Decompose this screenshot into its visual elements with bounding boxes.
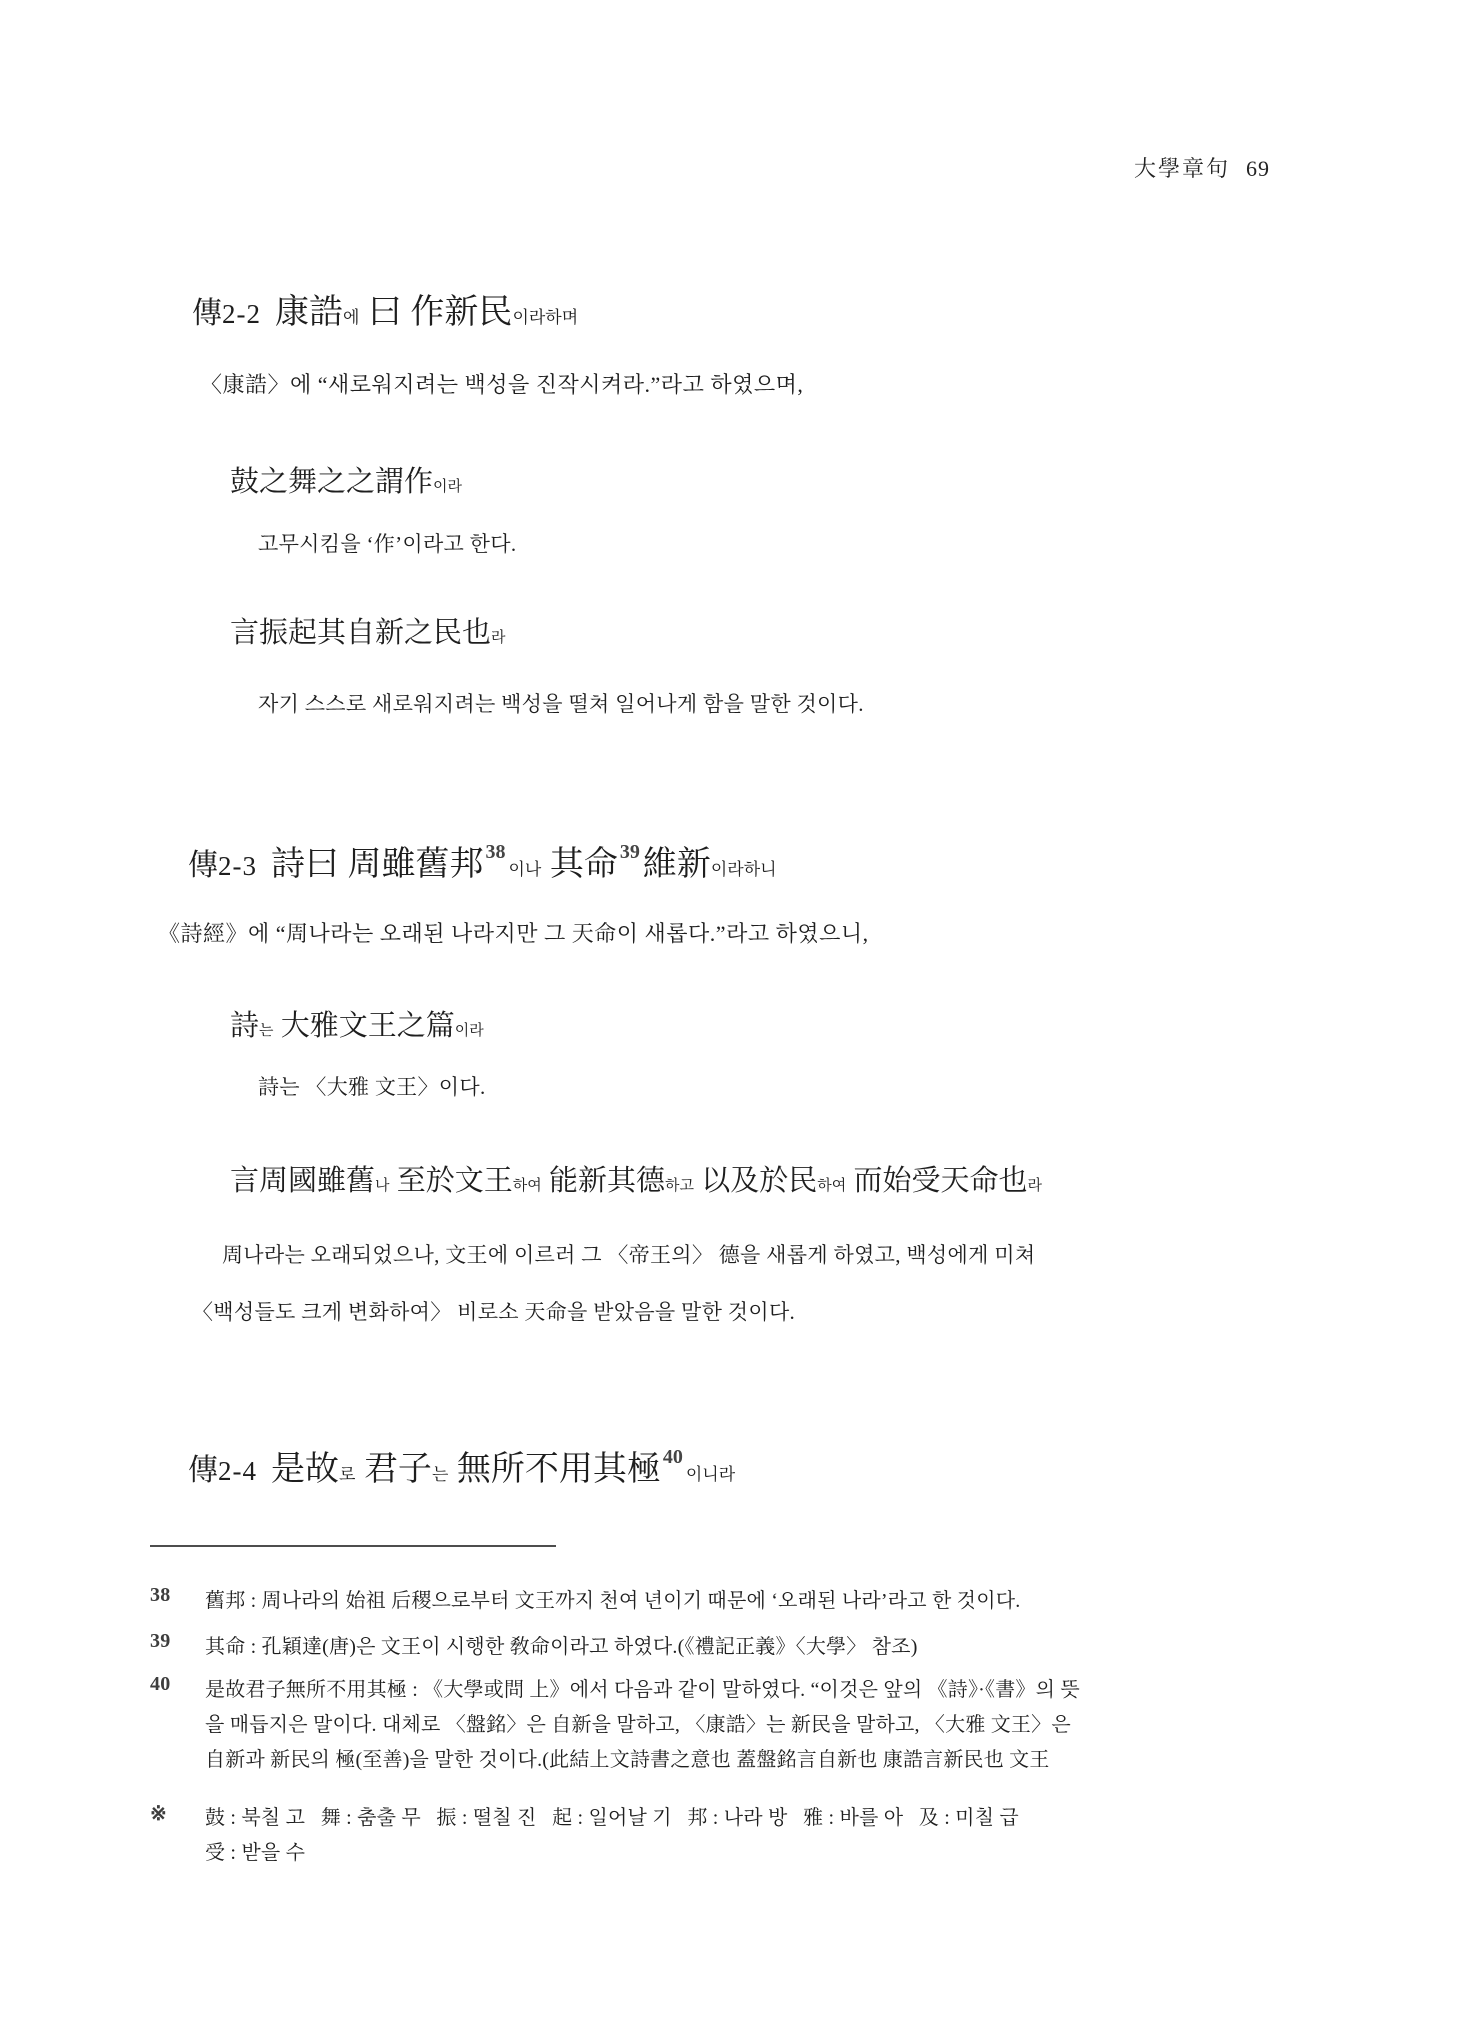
hyeonto-suffix: 이라하며 [512,308,578,327]
chapter-number: 2-2 [222,299,261,329]
character-gloss: ※ 鼓 : 북칠 고 舞 : 춤출 무 振 : 떨칠 진 起 : 일어날 기 邦… [205,1801,1019,1871]
footnote-text-line: 是故君子無所不用其極 : 《大學或問 上》에서 다음과 같이 말하였다. “이것… [205,1673,1080,1708]
hanja-run: 鼓之舞之之謂作 [230,466,433,498]
hanja-run: 維新 [643,846,711,883]
hanja-run: 言振起其自新之民也 [230,617,491,649]
page-number: 69 [1246,156,1270,181]
gloss-marker: ※ [150,1801,167,1826]
hanja-run: 詩 [230,1010,259,1042]
footnote-text-line: 을 매듭지은 말이다. 대체로 〈盤銘〉은 自新을 말하고, 〈康誥〉는 新民을… [205,1708,1080,1743]
book-page: 大學章句69 傳2-2康誥에 曰 作新民이라하며 〈康誥〉에 “새로워지려는 백… [0,0,1481,2024]
footnote-number: 38 [150,1584,170,1607]
running-header: 大學章句69 [1134,152,1270,183]
hanja-run: 是故 [271,1451,339,1488]
footnote-text: 舊邦 : 周나라의 始祖 后稷으로부터 文王까지 천여 년이기 때문에 ‘오래된… [205,1590,1020,1612]
hyeonto-suffix: 에 [343,308,359,327]
commentary-hanja-2-3b: 言周國雖舊나 至於文王하여 能新其德하고 以及於民하여 而始受天命也라 [230,1158,1042,1199]
hyeonto-suffix: 이라하니 [711,860,777,879]
hanja-run: 能新其德 [542,1165,665,1197]
passage-heading-2-3: 傳2-3詩曰 周雖舊邦38이나 其命39維新이라하니 [188,836,777,885]
footnote-38: 38舊邦 : 周나라의 始祖 后稷으로부터 文王까지 천여 년이기 때문에 ‘오… [205,1584,1020,1613]
hyeonto-suffix: 이나 [509,860,542,879]
footnote-ref-38: 38 [486,841,506,863]
hanja-run: 言周國雖舊 [230,1165,375,1197]
commentary-hanja-2-3a: 詩는 大雅文王之篇이라 [230,1003,484,1044]
footnote-40: 40 是故君子無所不用其極 : 《大學或問 上》에서 다음과 같이 말하였다. … [205,1673,1080,1778]
chapter-marker: 傳 [188,1454,218,1487]
commentary-translation-2-2a: 고무시킴을 ‘作’이라고 한다. [258,528,516,558]
book-title: 大學章句 [1134,156,1230,181]
passage-heading-2-2: 傳2-2康誥에 曰 作新民이라하며 [192,284,578,333]
translation-2-3: 《詩經》에 “周나라는 오래된 나라지만 그 天命이 새롭다.”라고 하였으니, [158,917,869,948]
hyeonto-suffix: 이라 [455,1023,484,1039]
hyeonto-suffix: 는 [432,1465,448,1484]
commentary-translation-2-2b: 자기 스스로 새로워지려는 백성을 떨쳐 일어나게 함을 말한 것이다. [258,688,864,718]
gloss-line: 受 : 받을 수 [205,1836,1019,1871]
hyeonto-suffix: 이라 [433,479,462,495]
hyeonto-suffix: 나 [375,1178,390,1194]
commentary-hanja-2-2a: 鼓之舞之之謂作이라 [230,459,462,500]
commentary-translation-2-3a: 詩는 〈大雅 文王〉이다. [258,1071,486,1101]
hanja-run: 而始受天命也 [846,1165,1027,1197]
footnote-text-line: 自新과 新民의 極(至善)을 말한 것이다.(此結上文詩書之意也 蓋盤銘言自新也… [205,1743,1080,1778]
chapter-number: 2-3 [218,851,257,881]
hyeonto-suffix: 이니라 [686,1465,735,1484]
chapter-marker: 傳 [188,849,218,882]
hanja-run: 君子 [355,1451,432,1488]
hanja-run: 大雅文王之篇 [274,1010,455,1042]
footnote-ref-39: 39 [620,841,640,863]
hyeonto-suffix: 라 [491,630,506,646]
hanja-run: 以及於民 [694,1165,817,1197]
commentary-translation-2-3b-line2: 〈백성들도 크게 변화하여〉 비로소 天命을 받았음을 말한 것이다. [192,1296,795,1326]
passage-heading-2-4: 傳2-4是故로 君子는 無所不用其極40이니라 [188,1441,735,1490]
hanja-run: 康誥 [275,294,343,331]
footnote-text: 其命 : 孔穎達(唐)은 文王이 시행한 敎命이라고 하였다.(《禮記正義》〈大… [205,1636,918,1658]
hyeonto-suffix: 는 [259,1023,274,1039]
chapter-number: 2-4 [218,1456,257,1486]
commentary-translation-2-3b-line1: 周나라는 오래되었으나, 文王에 이르러 그 〈帝王의〉 德을 새롭게 하였고,… [222,1239,1035,1269]
hanja-run: 無所不用其極 [448,1451,661,1488]
footnote-39: 39其命 : 孔穎達(唐)은 文王이 시행한 敎命이라고 하였다.(《禮記正義》… [205,1630,918,1659]
hyeonto-suffix: 하여 [513,1178,542,1194]
footnote-separator-rule [150,1545,556,1547]
footnote-number: 39 [150,1630,170,1653]
hyeonto-suffix: 로 [339,1465,355,1484]
hyeonto-suffix: 라 [1028,1178,1043,1194]
hanja-run: 詩曰 周雖舊邦 [271,846,484,883]
gloss-line: 鼓 : 북칠 고 舞 : 춤출 무 振 : 떨칠 진 起 : 일어날 기 邦 :… [205,1801,1019,1836]
hanja-run: 其命 [541,846,618,883]
hyeonto-suffix: 하여 [817,1178,846,1194]
translation-2-2: 〈康誥〉에 “새로워지려는 백성을 진작시켜라.”라고 하였으며, [200,368,803,399]
hyeonto-suffix: 하고 [665,1178,694,1194]
hanja-run: 曰 作新民 [359,294,512,331]
hanja-run: 至於文王 [390,1165,513,1197]
commentary-hanja-2-2b: 言振起其自新之民也라 [230,610,506,651]
footnote-number: 40 [150,1673,170,1696]
chapter-marker: 傳 [192,297,222,330]
footnote-ref-40: 40 [663,1446,683,1468]
